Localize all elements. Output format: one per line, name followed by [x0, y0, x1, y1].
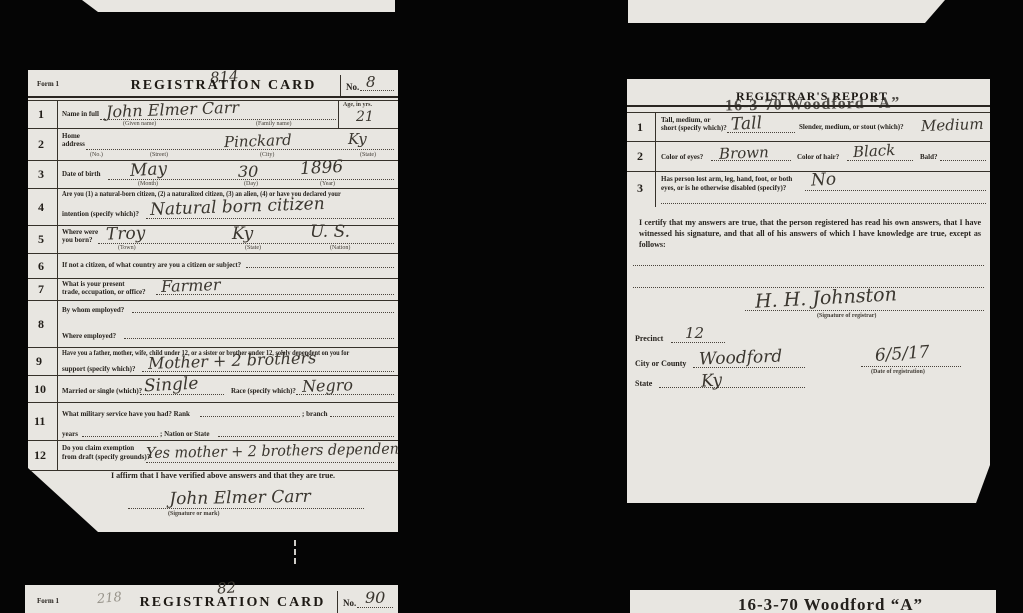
no-box-divider — [340, 75, 341, 97]
state-label: State — [635, 380, 652, 388]
born-town-value: Troy — [106, 225, 146, 243]
disability-label-2: eyes, or is he otherwise disabled (speci… — [661, 185, 786, 192]
row-number: 9 — [36, 355, 42, 367]
no-value-handwritten: 90 — [365, 590, 385, 606]
height-label-2: short (specify which)? — [661, 125, 727, 132]
disability-label-1: Has person lost arm, leg, hand, foot, or… — [661, 176, 792, 183]
employer-label: By whom employed? — [62, 307, 124, 314]
bottom-left-card-fragment: Form 1 218 82 REGISTRATION CARD No. 90 — [25, 585, 398, 613]
row-divider — [28, 253, 398, 254]
dob-label: Date of birth — [62, 171, 101, 178]
precinct-dotted-line — [671, 342, 725, 343]
nation-state-label: ; Nation or State — [160, 431, 209, 438]
scanned-draft-card-page: { "palette": { "background": "#050505", … — [0, 0, 1023, 613]
report-rule-light — [627, 112, 990, 113]
eyes-label: Color of eyes? — [661, 154, 703, 161]
exemption-label-1: Do you claim exemption — [62, 445, 134, 452]
subject-question-label: If not a citizen, of what country are yo… — [62, 262, 241, 269]
dependents-value: Mother + 2 brothers — [148, 350, 317, 372]
hair-value: Black — [853, 143, 896, 160]
city-county-label: City or County — [635, 360, 686, 368]
address-state-caption: (State) — [360, 152, 376, 158]
dob-year-value: 1896 — [300, 159, 344, 178]
number-column-divider — [57, 100, 58, 470]
home-address-label-1: Home — [62, 133, 80, 140]
registration-card: Form 1 814 REGISTRATION CARD No. 8 1 2 3… — [28, 70, 398, 532]
top-right-card-fragment — [628, 0, 945, 23]
row-number: 4 — [38, 201, 44, 213]
registrars-report-card: REGISTRAR'S REPORT 16-3-70 Woodford “A” … — [627, 79, 990, 503]
report-row-divider — [627, 141, 990, 142]
age-value: 21 — [356, 110, 374, 124]
subject-dotted-line — [246, 267, 394, 268]
row-number: 10 — [34, 383, 46, 395]
dob-day-value: 30 — [238, 164, 258, 180]
row-number: 7 — [38, 283, 44, 295]
disability-value: No — [811, 171, 837, 189]
citizen-question-line2: intention (specify which)? — [62, 211, 139, 218]
row-number: 12 — [34, 449, 46, 461]
family-name-caption: (Family name) — [256, 121, 292, 127]
dependents-question-line2: support (specify which)? — [62, 366, 136, 373]
home-address-label-2: address — [62, 141, 85, 148]
bald-label: Bald? — [920, 154, 938, 161]
disability-dotted-line — [805, 190, 986, 191]
given-name-caption: (Given name) — [123, 121, 156, 127]
row-number: 8 — [38, 318, 44, 330]
employer-dotted-line — [132, 312, 394, 313]
row-number: 2 — [38, 138, 44, 150]
name-label: Name in full — [62, 111, 99, 118]
where-employed-dotted-line — [124, 338, 394, 339]
certification-dotted-line-1 — [633, 265, 984, 266]
exemption-value: Yes mother + 2 brothers dependents — [146, 441, 412, 461]
address-state-value: Ky — [348, 132, 367, 147]
registration-date-dotted-line — [861, 366, 961, 367]
report-row-number: 2 — [637, 150, 643, 162]
report-number-column-divider — [655, 112, 656, 207]
row-number: 3 — [38, 168, 44, 180]
row-number: 1 — [38, 108, 44, 120]
born-label-1: Where were — [62, 229, 98, 236]
certification-text: I certify that my answers are true, that… — [639, 217, 981, 250]
no-dotted-line — [357, 607, 393, 608]
height-label-1: Tall, medium, or — [661, 117, 711, 124]
race-value: Negro — [302, 377, 354, 395]
height-value: Tall — [731, 115, 763, 134]
registration-date-caption: (Date of registration) — [871, 369, 925, 375]
address-no-caption: (No.) — [90, 152, 103, 158]
build-label: Slender, medium, or stout (which)? — [799, 124, 904, 131]
report-section-dotted-line — [661, 203, 986, 204]
branch-dotted-line — [330, 416, 394, 417]
no-label: No. — [346, 83, 359, 92]
report-row-number: 3 — [637, 182, 643, 194]
born-label-2: you born? — [62, 237, 93, 244]
registrar-signature: H. H. Johnston — [755, 285, 898, 311]
state-dotted-line — [659, 387, 805, 388]
row-divider — [28, 128, 398, 129]
city-county-value: Woodford — [699, 349, 783, 369]
address-city-value: Pinckard — [224, 133, 292, 150]
signature-dotted-line — [128, 508, 364, 509]
registrar-signature-caption: (Signature of registrar) — [817, 313, 876, 319]
eyes-value: Brown — [719, 145, 769, 162]
nation-state-dotted-line — [218, 436, 394, 437]
card-title: REGISTRATION CARD — [116, 79, 331, 93]
address-city-caption: (City) — [260, 152, 274, 158]
age-column-divider — [338, 100, 339, 128]
born-town-caption: (Town) — [118, 245, 136, 251]
exemption-label-2: from draft (specify grounds)? — [62, 454, 150, 461]
signature-caption: (Signature or mark) — [168, 511, 219, 517]
dob-month-value: May — [130, 161, 168, 180]
precinct-value: 12 — [685, 326, 704, 341]
state-value: Ky — [700, 372, 722, 390]
row-divider — [28, 347, 398, 348]
hair-label: Color of hair? — [797, 154, 839, 161]
citizen-value: Natural born citizen — [150, 196, 325, 219]
trade-label-2: trade, occupation, or office? — [62, 289, 146, 296]
form-number-label: Form 1 — [37, 81, 59, 88]
row-divider — [28, 188, 398, 189]
race-label: Race (specify which)? — [231, 388, 296, 395]
scan-artifact-dash — [294, 540, 296, 564]
card-title: REGISTRATION CARD — [125, 596, 340, 610]
military-label: What military service have you had? Rank — [62, 411, 190, 418]
dob-year-caption: (Year) — [320, 181, 335, 187]
born-state-value: Ky — [232, 226, 253, 243]
row-number: 11 — [34, 415, 45, 427]
row-number: 5 — [38, 233, 44, 245]
no-box-divider — [337, 591, 338, 613]
row-divider — [28, 402, 398, 403]
file-stamp: 16-3-70 Woodford “A” — [738, 596, 923, 613]
dob-month-caption: (Month) — [138, 181, 158, 187]
exemption-dotted-line — [146, 462, 394, 463]
pencil-number: 218 — [96, 591, 122, 606]
name-value: John Elmer Carr — [106, 100, 239, 121]
form-number-label: Form 1 — [37, 598, 59, 605]
trade-label-1: What is your present — [62, 281, 125, 288]
born-nation-value: U. S. — [310, 224, 350, 241]
registrar-signature-dotted-line — [745, 310, 984, 311]
branch-label: ; branch — [302, 411, 327, 418]
no-label: No. — [343, 599, 356, 608]
row-divider — [28, 300, 398, 301]
registrant-signature: John Elmer Carr — [140, 488, 340, 508]
age-header: Age, in yrs. — [343, 102, 372, 108]
registration-date-value: 6/5/17 — [874, 344, 930, 365]
married-label: Married or single (which)? — [62, 388, 142, 395]
no-value-handwritten: 8 — [366, 75, 376, 90]
rank-dotted-line — [200, 416, 300, 417]
row-number: 6 — [38, 260, 44, 272]
where-employed-label: Where employed? — [62, 333, 116, 340]
report-rule-heavy — [627, 105, 990, 107]
trade-value: Farmer — [161, 277, 221, 295]
married-value: Single — [144, 376, 199, 396]
precinct-label: Precinct — [635, 335, 663, 343]
years-label: years — [62, 431, 78, 438]
build-value: Medium — [921, 117, 984, 134]
dob-day-caption: (Day) — [244, 181, 258, 187]
address-street-caption: (Street) — [150, 152, 168, 158]
affirmation-text: I affirm that I have verified above answ… — [73, 472, 373, 480]
born-nation-caption: (Nation) — [330, 245, 350, 251]
bottom-right-card-fragment: 16-3-70 Woodford “A” — [630, 590, 996, 613]
born-state-caption: (State) — [245, 245, 261, 251]
report-row-divider — [627, 171, 990, 172]
years-dotted-line — [82, 436, 158, 437]
report-row-number: 1 — [637, 121, 643, 133]
top-left-card-fragment — [82, 0, 395, 12]
bald-dotted-line — [940, 160, 986, 161]
